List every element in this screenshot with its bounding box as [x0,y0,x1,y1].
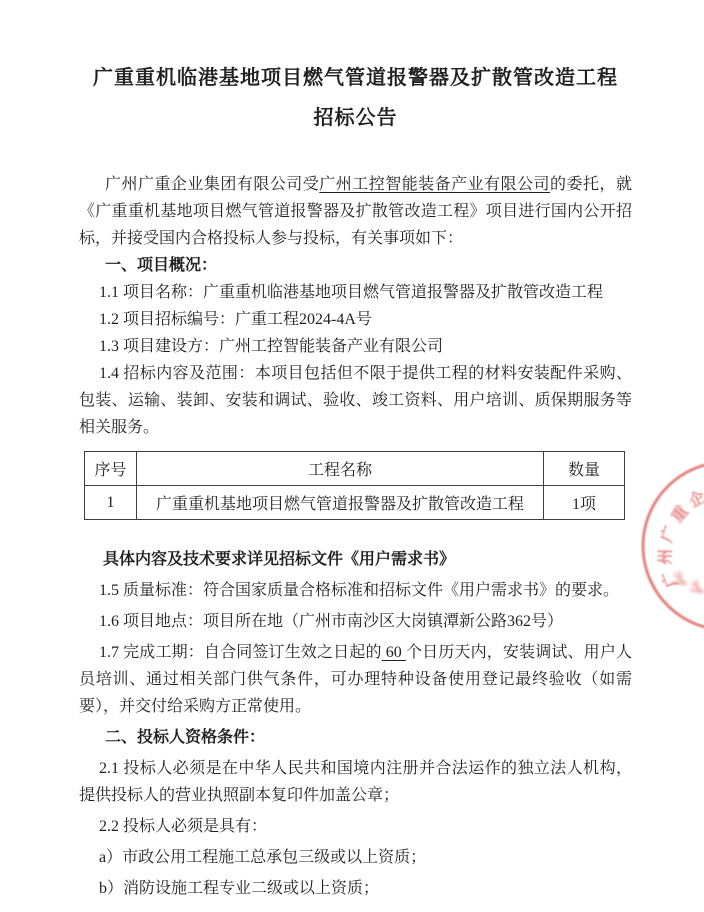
item-1-4: 1.4 招标内容及范围：本项目包括但不限于提供工程的材料安装配件采购、包装、运输… [79,360,632,441]
item-2-2-b: b）消防设施工程专业二级或以上资质； [79,875,632,902]
works-table-header-qty: 数量 [544,452,625,486]
item-1-5: 1.5 质量标准：符合国家质量合格标准和招标文件《用户需求书》的要求。 [79,577,632,604]
doc-title-line2: 招标公告 [79,106,632,130]
item-1-6: 1.6 项目地点：项目所在地（广州市南沙区大岗镇潭新公路362号） [79,608,632,635]
works-table-cell-no: 1 [85,486,137,520]
seal-arc-text: 广州广重企业集团 [657,480,704,590]
intro-underlined-company: 广州工控智能装备产业有限公司 [319,176,550,193]
works-table-cell-qty: 1项 [544,486,625,520]
works-table-header-row: 序号 工程名称 数量 [85,452,625,486]
document-page: 广重重机临港基地项目燃气管道报警器及扩散管改造工程 招标公告 广州广重企业集团有… [0,0,704,912]
item-2-1: 2.1 投标人必须是在中华人民共和国境内注册并合法运作的独立法人机构，提供投标人… [79,755,632,809]
works-table-header-no: 序号 [85,452,137,486]
item-2-2: 2.2 投标人必须是具有： [79,813,632,840]
item-1-1: 1.1 项目名称：广重重机临港基地项目燃气管道报警器及扩散管改造工程 [79,279,632,306]
intro-pre: 广州广重企业集团有限公司受 [105,176,319,193]
seal-circle [643,462,704,630]
item-1-7-pre: 1.7 完成工期：自合同签订生效之日起的 [99,644,382,661]
works-table-cell-name: 广重重机基地项目燃气管道报警器及扩散管改造工程 [137,486,544,520]
table-note: 具体内容及技术要求详见招标文件《用户需求书》 [79,546,632,573]
seal-inner-marks [672,571,704,602]
works-table: 序号 工程名称 数量 1 广重重机基地项目燃气管道报警器及扩散管改造工程 1项 [84,451,625,520]
section-2-heading: 二、投标人资格条件： [79,724,632,751]
intro-paragraph: 广州广重企业集团有限公司受广州工控智能装备产业有限公司的委托，就《广重重机基地项… [79,171,632,252]
section-1-heading: 一、项目概况： [79,252,632,279]
works-table-row: 1 广重重机基地项目燃气管道报警器及扩散管改造工程 1项 [85,486,625,520]
item-1-7-duration-underlined: 60 [382,644,406,661]
seal-ring [643,462,704,630]
doc-title-line1: 广重重机临港基地项目燃气管道报警器及扩散管改造工程 [79,66,632,90]
item-1-7: 1.7 完成工期：自合同签订生效之日起的 60 个日历天内，安装调试、用户人员培… [79,639,632,720]
item-1-3: 1.3 项目建设方：广州工控智能装备产业有限公司 [79,333,632,360]
item-1-2: 1.2 项目招标编号：广重工程2024-4A号 [79,306,632,333]
works-table-header-name: 工程名称 [137,452,544,486]
item-2-2-a: a）市政公用工程施工总承包三级或以上资质； [79,844,632,871]
